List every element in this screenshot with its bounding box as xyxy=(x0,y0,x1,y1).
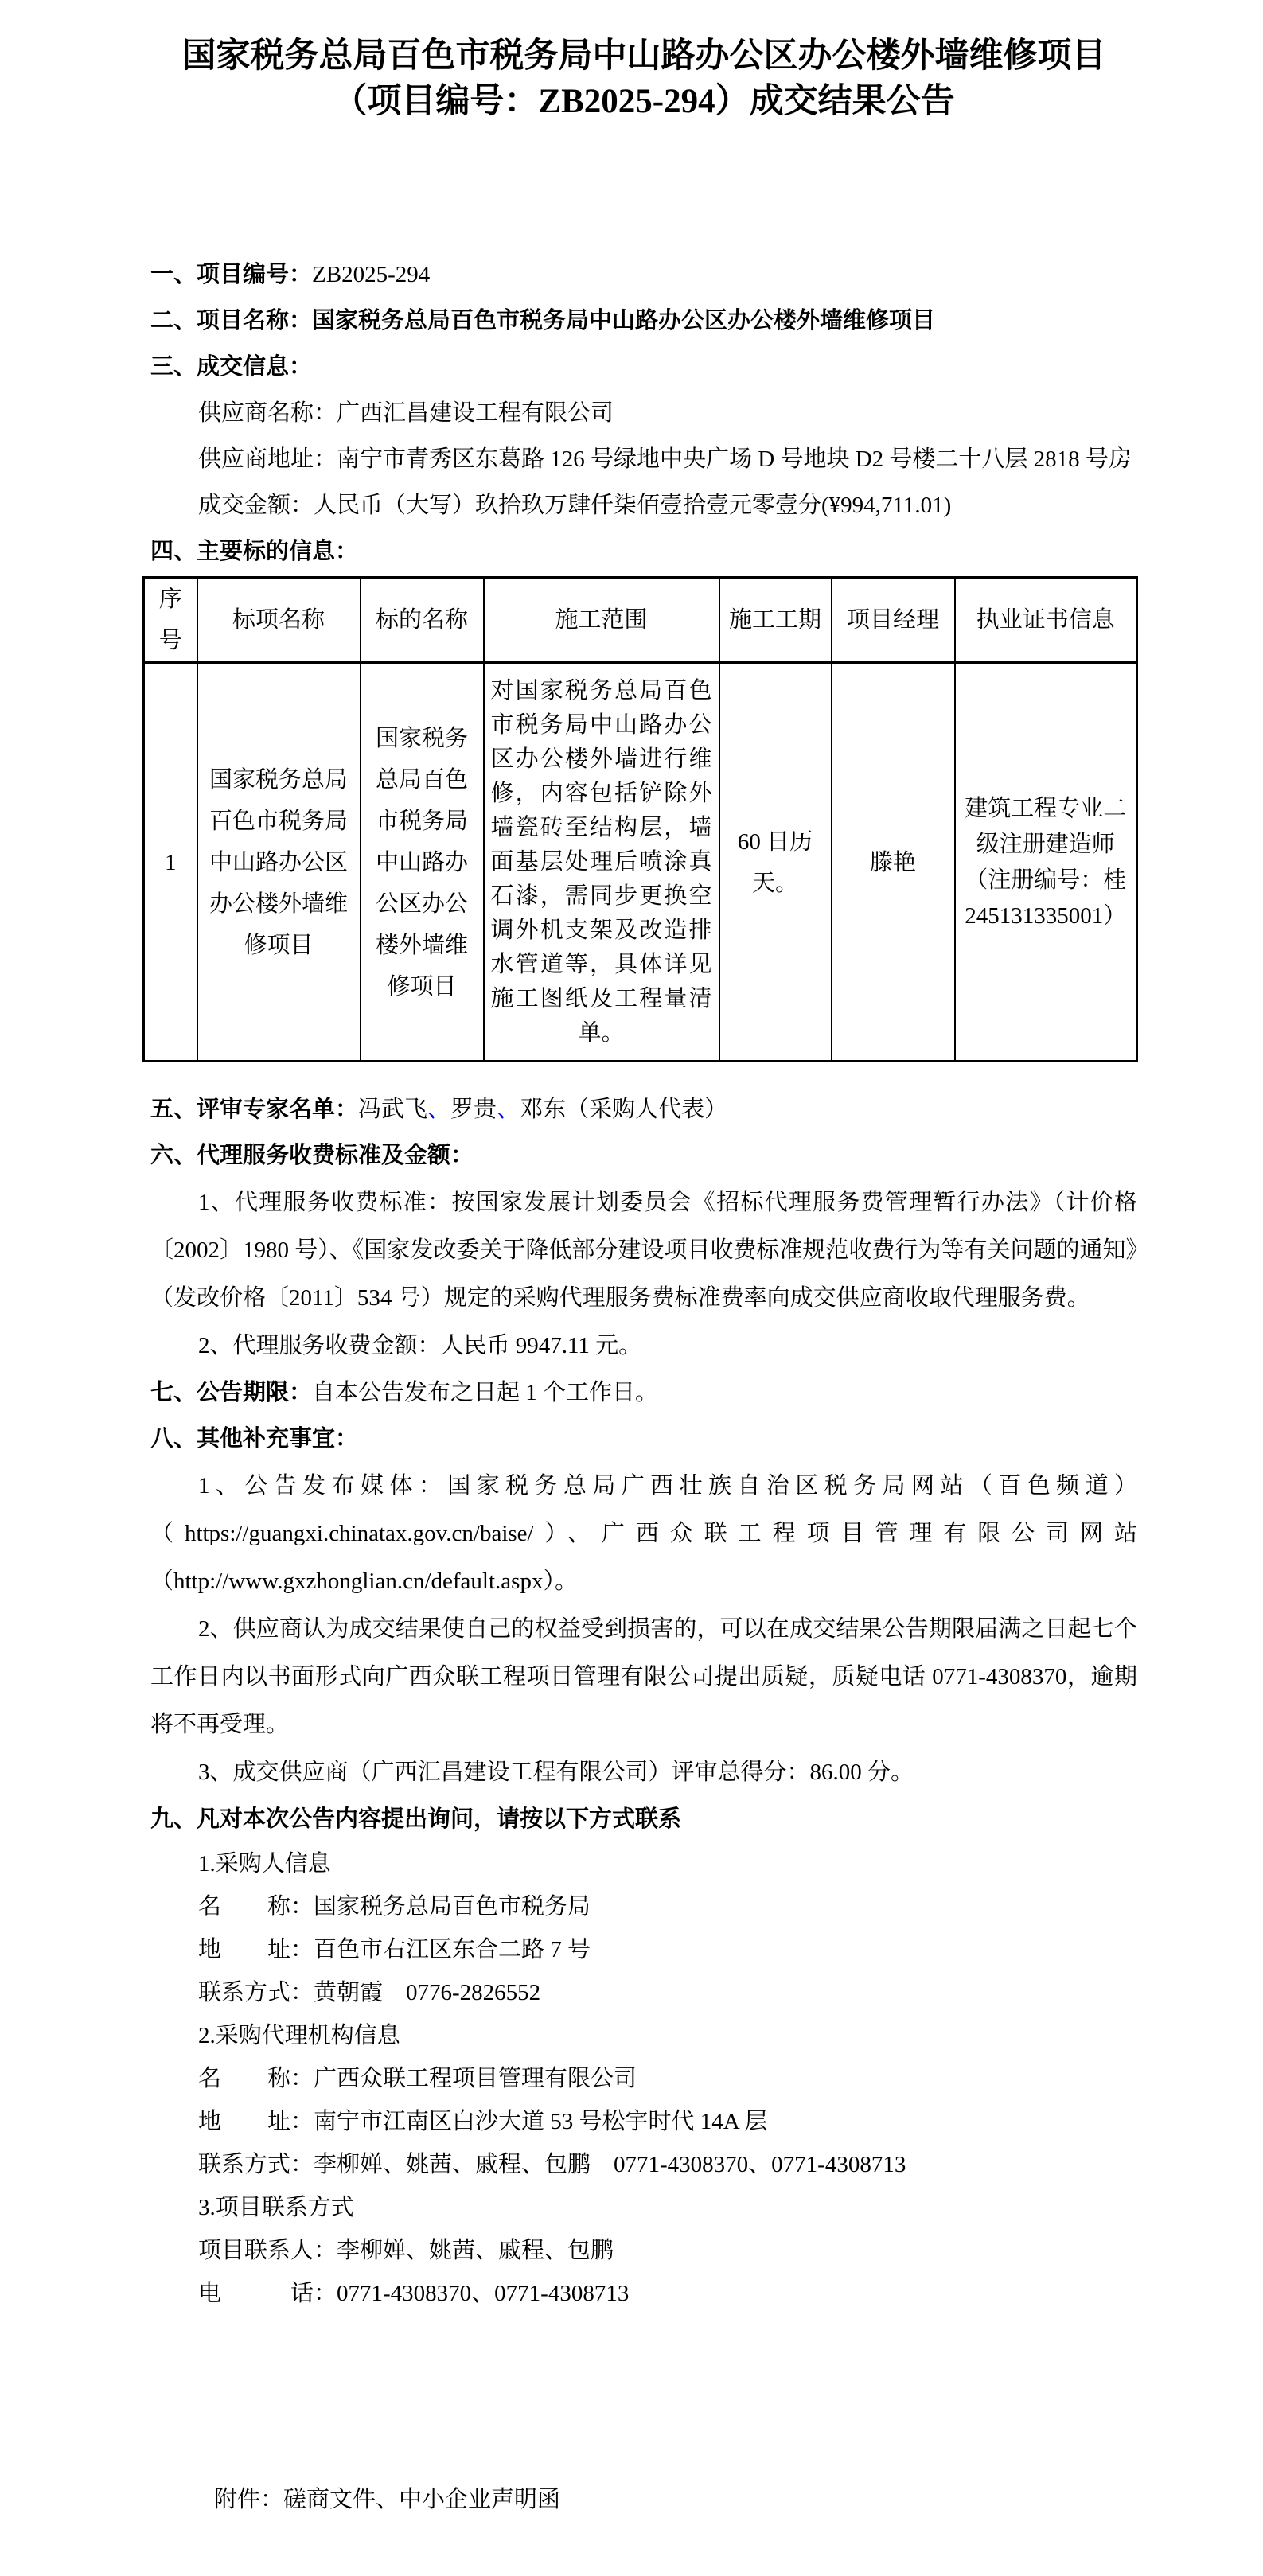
attachment-line: 附件：磋商文件、中小企业声明函 xyxy=(214,2478,1137,2521)
section-9-label: 九、凡对本次公告内容提出询问，请按以下方式联系 xyxy=(150,1806,681,1832)
announcement-document: 国家税务总局百色市税务局中山路办公区办公楼外墙维修项目 （项目编号：ZB2025… xyxy=(0,0,1263,2576)
col-header-certificate-info: 执业证书信息 xyxy=(955,578,1137,664)
agency-info-title: 2.采购代理机构信息 xyxy=(150,2014,1137,2057)
document-title: 国家税务总局百色市税务局中山路办公区办公楼外墙维修项目 （项目编号：ZB2025… xyxy=(150,33,1137,124)
agency-name-line: 名 称：广西众联工程项目管理有限公司 xyxy=(150,2057,1137,2100)
section-3-heading: 三、成交信息： xyxy=(150,344,1137,390)
section-5-label: 五、评审专家名单： xyxy=(150,1097,358,1122)
publish-media-line-3: （http://www.gxzhonglian.cn/default.aspx）… xyxy=(150,1557,1137,1605)
expert-name-1: 冯武飞 xyxy=(358,1097,427,1122)
buyer-contact-line: 联系方式：黄朝霞 0776-2826552 xyxy=(150,1971,1137,2014)
expert-name-2: 罗贵 xyxy=(450,1097,497,1122)
col-header-subject-name: 标的名称 xyxy=(361,578,484,664)
buyer-address-line: 地 址：百色市右江区东合二路 7 号 xyxy=(150,1928,1137,1971)
cell-serial-no: 1 xyxy=(144,663,197,1062)
col-header-serial-no: 序号 xyxy=(144,578,197,664)
col-header-project-manager: 项目经理 xyxy=(832,578,955,664)
cell-construction-scope: 对国家税务总局百色市税务局中山路办公区办公楼外墙进行维修，内容包括铲除外墙瓷砖至… xyxy=(484,663,719,1062)
title-line-1: 国家税务总局百色市税务局中山路办公区办公楼外墙维修项目 xyxy=(150,33,1137,79)
publish-media-paragraph: 1、公告发布媒体：国家税务总局广西壮族自治区税务局网站（百色频道） （https… xyxy=(150,1462,1137,1605)
buyer-info-title: 1.采购人信息 xyxy=(150,1842,1137,1885)
section-8-heading: 八、其他补充事宜： xyxy=(150,1416,1137,1462)
cell-item-name: 国家税务总局百色市税务局中山路办公区办公楼外墙维修项目 xyxy=(197,663,361,1062)
expert-name-3: 邓东（采购人代表） xyxy=(520,1097,727,1122)
section-2-label: 二、项目名称： xyxy=(150,308,312,333)
agency-address-line: 地 址：南宁市江南区白沙大道 53 号松宇时代 14A 层 xyxy=(150,2100,1137,2143)
expert-separator-1: 、 xyxy=(427,1097,450,1122)
section-6-label: 六、代理服务收费标准及金额： xyxy=(150,1143,474,1168)
col-header-construction-scope: 施工范围 xyxy=(484,578,719,664)
supplier-address-line: 供应商地址：南宁市青秀区东葛路 126 号绿地中央广场 D 号地块 D2 号楼二… xyxy=(150,436,1137,482)
section-5-experts-line: 五、评审专家名单：冯武飞、罗贵、邓东（采购人代表） xyxy=(150,1086,1137,1132)
title-line-2: （项目编号：ZB2025-294）成交结果公告 xyxy=(150,79,1137,124)
objection-procedure-paragraph: 2、供应商认为成交结果使自己的权益受到损害的，可以在成交结果公告期限届满之日起七… xyxy=(150,1605,1137,1748)
table-data-row: 1 国家税务总局百色市税务局中山路办公区办公楼外墙维修项目 国家税务总局百色市税… xyxy=(144,663,1137,1062)
winning-score-paragraph: 3、成交供应商（广西汇昌建设工程有限公司）评审总得分：86.00 分。 xyxy=(150,1748,1137,1796)
cell-subject-name: 国家税务总局百色市税务局中山路办公区办公楼外墙维修项目 xyxy=(361,663,484,1062)
project-phone-line: 电 话：0771-4308370、0771-4308713 xyxy=(150,2272,1137,2315)
publish-media-line-2: （https://guangxi.chinatax.gov.cn/baise/）… xyxy=(150,1510,1137,1557)
agency-fee-amount-paragraph: 2、代理服务收费金额：人民币 9947.11 元。 xyxy=(150,1322,1137,1370)
section-1-project-number: 一、项目编号：ZB2025-294 xyxy=(150,251,1137,298)
expert-separator-2: 、 xyxy=(497,1097,520,1122)
project-number-value: ZB2025-294 xyxy=(312,262,430,287)
project-contact-persons-line: 项目联系人：李柳婵、姚茜、戚程、包鹏 xyxy=(150,2229,1137,2272)
cell-certificate-info: 建筑工程专业二级注册建造师（注册编号：桂245131335001） xyxy=(955,663,1137,1062)
section-2-project-name: 二、项目名称：国家税务总局百色市税务局中山路办公区办公楼外墙维修项目 xyxy=(150,298,1137,344)
project-contact-title: 3.项目联系方式 xyxy=(150,2186,1137,2229)
section-8-label: 八、其他补充事宜： xyxy=(150,1426,358,1452)
agency-contact-line: 联系方式：李柳婵、姚茜、戚程、包鹏 0771-4308370、0771-4308… xyxy=(150,2143,1137,2186)
buyer-name-line: 名 称：国家税务总局百色市税务局 xyxy=(150,1885,1137,1928)
agency-fee-standard-paragraph: 1、代理服务收费标准：按国家发展计划委员会《招标代理服务费管理暂行办法》（计价格… xyxy=(150,1179,1137,1322)
project-name-value: 国家税务总局百色市税务局中山路办公区办公楼外墙维修项目 xyxy=(312,308,935,333)
section-3-label: 三、成交信息： xyxy=(150,354,312,380)
section-7-label: 七、公告期限： xyxy=(150,1380,312,1405)
announcement-period-value: 自本公告发布之日起 1 个工作日。 xyxy=(312,1380,658,1405)
section-1-label: 一、项目编号： xyxy=(150,262,312,287)
deal-amount-line: 成交金额：人民币（大写）玖拾玖万肆仟柒佰壹拾壹元零壹分(¥994,711.01) xyxy=(150,482,1137,528)
cell-construction-period: 60 日历天。 xyxy=(719,663,832,1062)
main-subject-table: 序号 标项名称 标的名称 施工范围 施工工期 项目经理 执业证书信息 1 国家税… xyxy=(142,576,1138,1062)
publish-media-line-1: 1、公告发布媒体：国家税务总局广西壮族自治区税务局网站（百色频道） xyxy=(150,1462,1137,1510)
section-9-heading: 九、凡对本次公告内容提出询问，请按以下方式联系 xyxy=(150,1796,1137,1842)
supplier-name-line: 供应商名称：广西汇昌建设工程有限公司 xyxy=(150,390,1137,436)
col-header-item-name: 标项名称 xyxy=(197,578,361,664)
cell-project-manager: 滕艳 xyxy=(832,663,955,1062)
section-4-heading: 四、主要标的信息： xyxy=(150,528,1137,575)
section-6-heading: 六、代理服务收费标准及金额： xyxy=(150,1132,1137,1179)
section-7-announcement-period: 七、公告期限：自本公告发布之日起 1 个工作日。 xyxy=(150,1370,1137,1416)
section-4-label: 四、主要标的信息： xyxy=(150,539,358,564)
col-header-construction-period: 施工工期 xyxy=(719,578,832,664)
table-header-row: 序号 标项名称 标的名称 施工范围 施工工期 项目经理 执业证书信息 xyxy=(144,578,1137,664)
